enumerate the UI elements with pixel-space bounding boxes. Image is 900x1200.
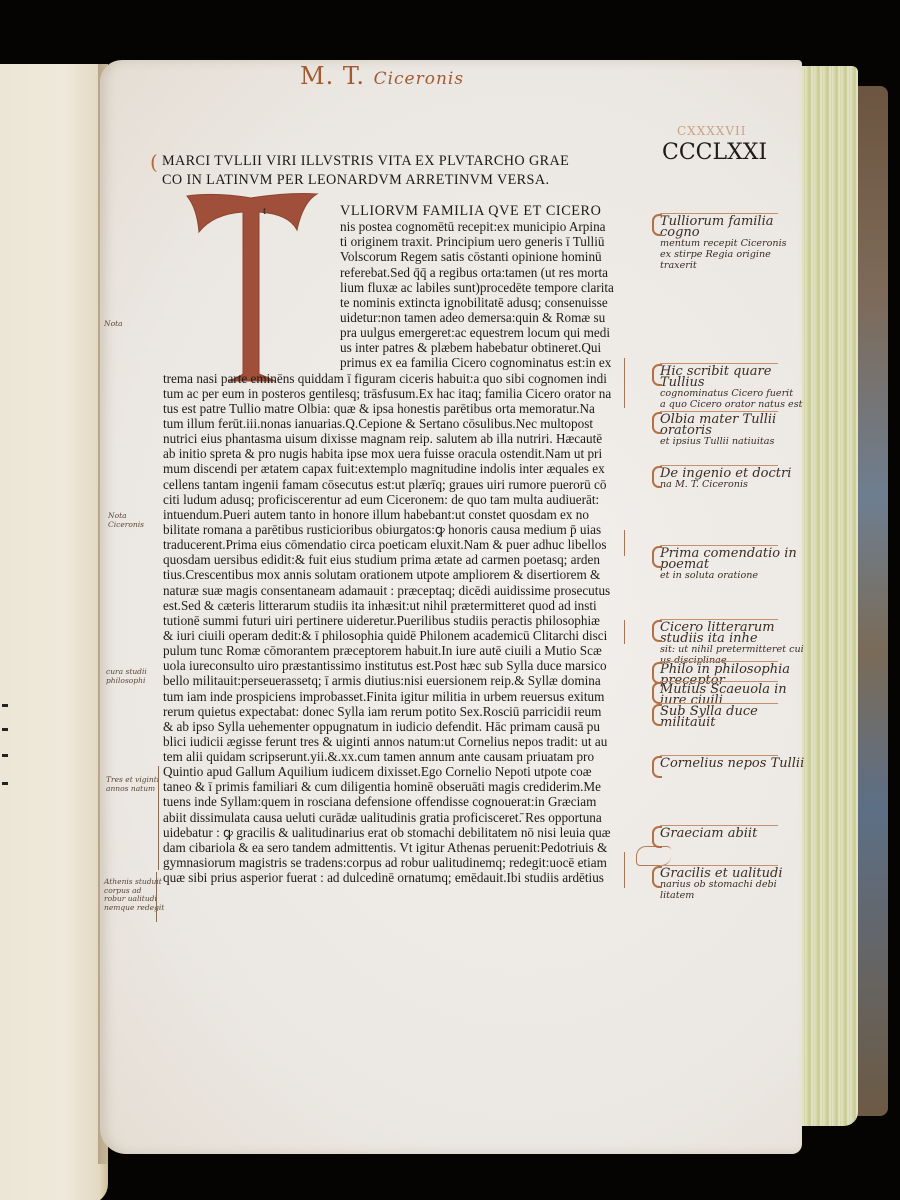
text-line: us inter patres & plæbem habebatur obtin… (163, 340, 623, 355)
text-line: abiit dissimulata causa ueluti curādæ ua… (163, 810, 623, 825)
text-line: tius.Crescentibus mox annis solutam orat… (163, 567, 623, 582)
text-line: pra uulgus emergeret:ac equestrem locum … (163, 325, 623, 340)
text-line: bilitate romana a parētibus rusticioribu… (163, 522, 623, 537)
text-line: ti originem traxit. Principium uero gene… (163, 234, 623, 249)
text-line: tum illum ferūt.iii.nonas ianuarias.Q.Ce… (163, 416, 623, 431)
left-marginal-note: Nota Ciceronis (108, 512, 144, 529)
old-foliation: CXXXXVII (677, 124, 747, 138)
running-head-name: Ciceronis (374, 69, 465, 89)
left-margin-bracket (156, 872, 161, 922)
left-marginal-note: Tres et viginti annos natum (106, 776, 159, 793)
text-line: taneo & ī primis familiari & cum diligen… (163, 779, 623, 794)
running-head-initials: M. T. (300, 62, 365, 90)
text-line: primus ex ea familia Cicero cognominatus… (163, 355, 623, 370)
text-line: naturæ suæ magis consentaneam adamauit :… (163, 583, 623, 598)
left-margin-bracket (158, 766, 163, 870)
left-page-text-fragment (2, 728, 8, 731)
text-line: pulum tunc Romæ cōmorantem præceptorem h… (163, 643, 623, 658)
manicule-pointer-icon (636, 846, 671, 866)
text-line: nis postea cognomētū recepit:ex municipi… (163, 219, 623, 234)
text-line: VLLIORVM FAMILIA QVE ET CICERO (163, 204, 623, 219)
text-line: uidetur:non tamen adeo demersa:quin & Ro… (163, 310, 623, 325)
margin-bracket (620, 852, 625, 888)
text-line: Quintio apud Gallum Aquilium iudicem dix… (163, 764, 623, 779)
text-line: & ab ipso Sylla uehementer oppugnatum in… (163, 719, 623, 734)
text-line: blici iudicii ægisse ferunt tres & uigin… (163, 734, 623, 749)
text-line: citi ludum adusq; proficiscerentur ad eu… (163, 492, 623, 507)
marginal-note: Olbia mater Tullii oratoris et ipsius Tu… (660, 414, 810, 447)
left-page-verso (0, 64, 108, 1200)
folio-number: CCCLXXI (662, 140, 767, 165)
margin-bracket (620, 620, 625, 644)
left-page-text-fragment (2, 782, 8, 785)
text-line: uola iureconsulto uiro præstantissimo in… (163, 658, 623, 673)
text-line: est.Sed & cæteris litterarum studiis ita… (163, 598, 623, 613)
running-head: M. T. Ciceronis (300, 62, 464, 90)
text-line: referebat.Sed q̄q̄ a regibus orta:tamen … (163, 265, 623, 280)
title-line: CO IN LATINVM PER LEONARDVM ARRETINVM VE… (162, 171, 632, 190)
text-line: lium fluxæ ac labiles sunt)procedēte tem… (163, 280, 623, 295)
text-line: dam cibariola & ea sero tandem admittent… (163, 840, 623, 855)
text-line: Volscorum Regem satis cōstanti opinione … (163, 249, 623, 264)
text-line: trema nasi parte eminēns quiddam ī figur… (163, 371, 623, 386)
left-marginal-note: Nota (104, 320, 123, 329)
marginal-note: Sub Sylla duce militauit (660, 706, 810, 728)
marginal-note: Hic scribit quare Tullius cognominatus C… (660, 366, 810, 410)
marginal-note: Cicero litterarum studiis ita inhe sit: … (660, 622, 810, 666)
marginal-note: Tulliorum familia cogno mentum recepit C… (660, 216, 810, 271)
text-line: intuendum.Pueri autem tanto in honore il… (163, 507, 623, 522)
body-text: VLLIORVM FAMILIA QVE ET CICERO nis poste… (163, 204, 623, 885)
text-line: te nominis extincta ignobilitatē adusq; … (163, 295, 623, 310)
marginal-note: Prima comendatio in poemat et in soluta … (660, 548, 810, 581)
left-page-text-fragment (2, 704, 8, 707)
paraph-mark-icon: ( (150, 152, 158, 172)
text-line: gymnasiorum magistris se tradens:corpus … (163, 855, 623, 870)
marginal-note: Cornelius nepos Tullii (660, 758, 810, 769)
margin-bracket (620, 358, 625, 408)
text-line: mum discendi per ætatem capax fuit:extem… (163, 461, 623, 476)
text-line: tuens inde Syllam:quem in rosciana defen… (163, 794, 623, 809)
text-line: ab initio spreta & pro nugis habita ipse… (163, 446, 623, 461)
marginal-note: De ingenio et doctri na M. T. Ciceronis (660, 468, 810, 490)
left-page-text-fragment (2, 754, 8, 757)
text-line: tum iam inde prospiciens improbasset.Fin… (163, 689, 623, 704)
marginal-note: Gracilis et ualitudi narius ob stomachi … (660, 868, 810, 901)
text-line: tum ac per eum in posteros gentilesq; tr… (163, 386, 623, 401)
text-line: quosdam uersibus edidit:& fuit eius stud… (163, 552, 623, 567)
text-line: quæ sibi prius asperior fuerat : ad dulc… (163, 870, 623, 885)
title-line: MARCI TVLLII VIRI ILLVSTRIS VITA EX PLVT… (162, 152, 632, 171)
text-line: & iuri ciuili operam dedit:& ī philosoph… (163, 628, 623, 643)
chapter-title: MARCI TVLLII VIRI ILLVSTRIS VITA EX PLVT… (162, 152, 632, 190)
margin-bracket (620, 530, 625, 556)
text-line: tem alii quidam scripserunt.yii.&.xx.cum… (163, 749, 623, 764)
text-line: nutrici eius phantasma uisum dixisse mag… (163, 431, 623, 446)
text-line: rerum quietus expectabat: donec Sylla ia… (163, 704, 623, 719)
text-line: tus est patre Tullio matre Olbia: quæ & … (163, 401, 623, 416)
text-line: uidebatur : ꝙ gracilis & ualitudinarius … (163, 825, 623, 840)
text-line: cellens tantam ingenii famam cōsecutus e… (163, 477, 623, 492)
text-line: bello militauit:perseuerassetq; ī armis … (163, 673, 623, 688)
text-line: tutionē summi futuri uiri pertinere uide… (163, 613, 623, 628)
marginal-note: Graeciam abiit (660, 828, 810, 839)
left-marginal-note: cura studii philosophi (106, 668, 147, 685)
text-line: traducerent.Prima eius cōmendatio circa … (163, 537, 623, 552)
